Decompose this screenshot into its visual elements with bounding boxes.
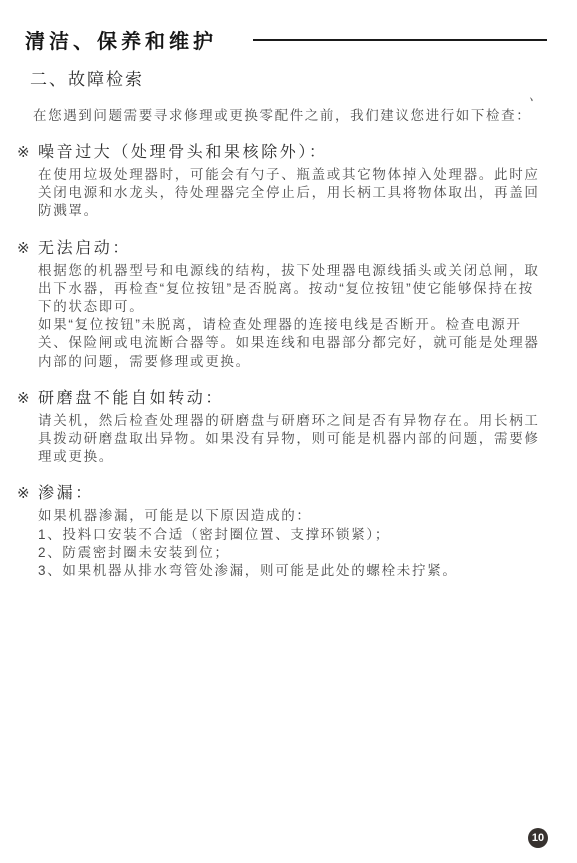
faq-section-noise: ※ 噪音过大（处理骨头和果核除外）： 在使用垃圾处理器时，可能会有勺子、瓶盖或其… — [17, 142, 547, 221]
faq-list-item: 1、投料口安装不合适（密封圈位置、支撑环锁紧）； — [38, 526, 547, 544]
faq-list-item: 2、防震密封圈未安装到位； — [38, 544, 547, 562]
faq-paragraph: 请关机，然后检查处理器的研磨盘与研磨环之间是否有异物存在。用长柄工具拨动研磨盘取… — [38, 412, 547, 467]
manual-page: 清洁、保养和维护 二、故障检索 、 在您遇到问题需要寻求修理或更换零配件之前，我… — [0, 0, 577, 863]
faq-section-leak: ※ 渗漏： 如果机器渗漏，可能是以下原因造成的： 1、投料口安装不合适（密封圈位… — [17, 483, 547, 580]
header-rule — [253, 39, 547, 41]
page-header: 清洁、保养和维护 — [0, 0, 577, 55]
page-title: 清洁、保养和维护 — [25, 30, 217, 55]
page-number-badge: 10 — [528, 828, 548, 848]
faq-heading-row: ※ 无法启动： — [17, 238, 547, 260]
faq-heading-row: ※ 渗漏： — [17, 483, 547, 505]
page-number: 10 — [532, 832, 544, 844]
reference-mark-icon: ※ — [17, 388, 38, 410]
section-subtitle: 二、故障检索 — [30, 68, 577, 91]
faq-body: 在使用垃圾处理器时，可能会有勺子、瓶盖或其它物体掉入处理器。此时应关闭电源和水龙… — [38, 166, 547, 221]
faq-body: 如果机器渗漏，可能是以下原因造成的： 1、投料口安装不合适（密封圈位置、支撑环锁… — [38, 507, 547, 580]
faq-heading-row: ※ 研磨盘不能自如转动： — [17, 388, 547, 410]
faq-list-item: 3、如果机器从排水弯管处渗漏，则可能是此处的螺栓未拧紧。 — [38, 562, 547, 580]
faq-section-no-start: ※ 无法启动： 根据您的机器型号和电源线的结构，拔下处理器电源线插头或关闭总闸，… — [17, 238, 547, 371]
faq-heading: 无法启动： — [38, 238, 131, 260]
faq-heading: 噪音过大（处理骨头和果核除外）： — [38, 142, 328, 164]
faq-heading: 研磨盘不能自如转动： — [38, 388, 224, 410]
faq-paragraph: 根据您的机器型号和电源线的结构，拔下处理器电源线插头或关闭总闸，取出下水器，再检… — [38, 262, 547, 317]
reference-mark-icon: ※ — [17, 142, 38, 164]
faq-paragraph: 在使用垃圾处理器时，可能会有勺子、瓶盖或其它物体掉入处理器。此时应关闭电源和水龙… — [38, 166, 547, 221]
faq-body: 根据您的机器型号和电源线的结构，拔下处理器电源线插头或关闭总闸，取出下水器，再检… — [38, 262, 547, 371]
stray-mark: 、 — [528, 85, 545, 106]
faq-paragraph: 如果“复位按钮”未脱离，请检查处理器的连接电线是否断开。检查电源开关、保险闸或电… — [38, 316, 547, 371]
intro-text: 在您遇到问题需要寻求修理或更换零配件之前，我们建议您进行如下检查： — [33, 107, 549, 125]
reference-mark-icon: ※ — [17, 483, 38, 505]
faq-paragraph: 如果机器渗漏，可能是以下原因造成的： — [38, 507, 547, 525]
faq-heading: 渗漏： — [38, 483, 94, 505]
faq-section-grind-plate: ※ 研磨盘不能自如转动： 请关机，然后检查处理器的研磨盘与研磨环之间是否有异物存… — [17, 388, 547, 467]
faq-body: 请关机，然后检查处理器的研磨盘与研磨环之间是否有异物存在。用长柄工具拨动研磨盘取… — [38, 412, 547, 467]
faq-heading-row: ※ 噪音过大（处理骨头和果核除外）： — [17, 142, 547, 164]
reference-mark-icon: ※ — [17, 238, 38, 260]
